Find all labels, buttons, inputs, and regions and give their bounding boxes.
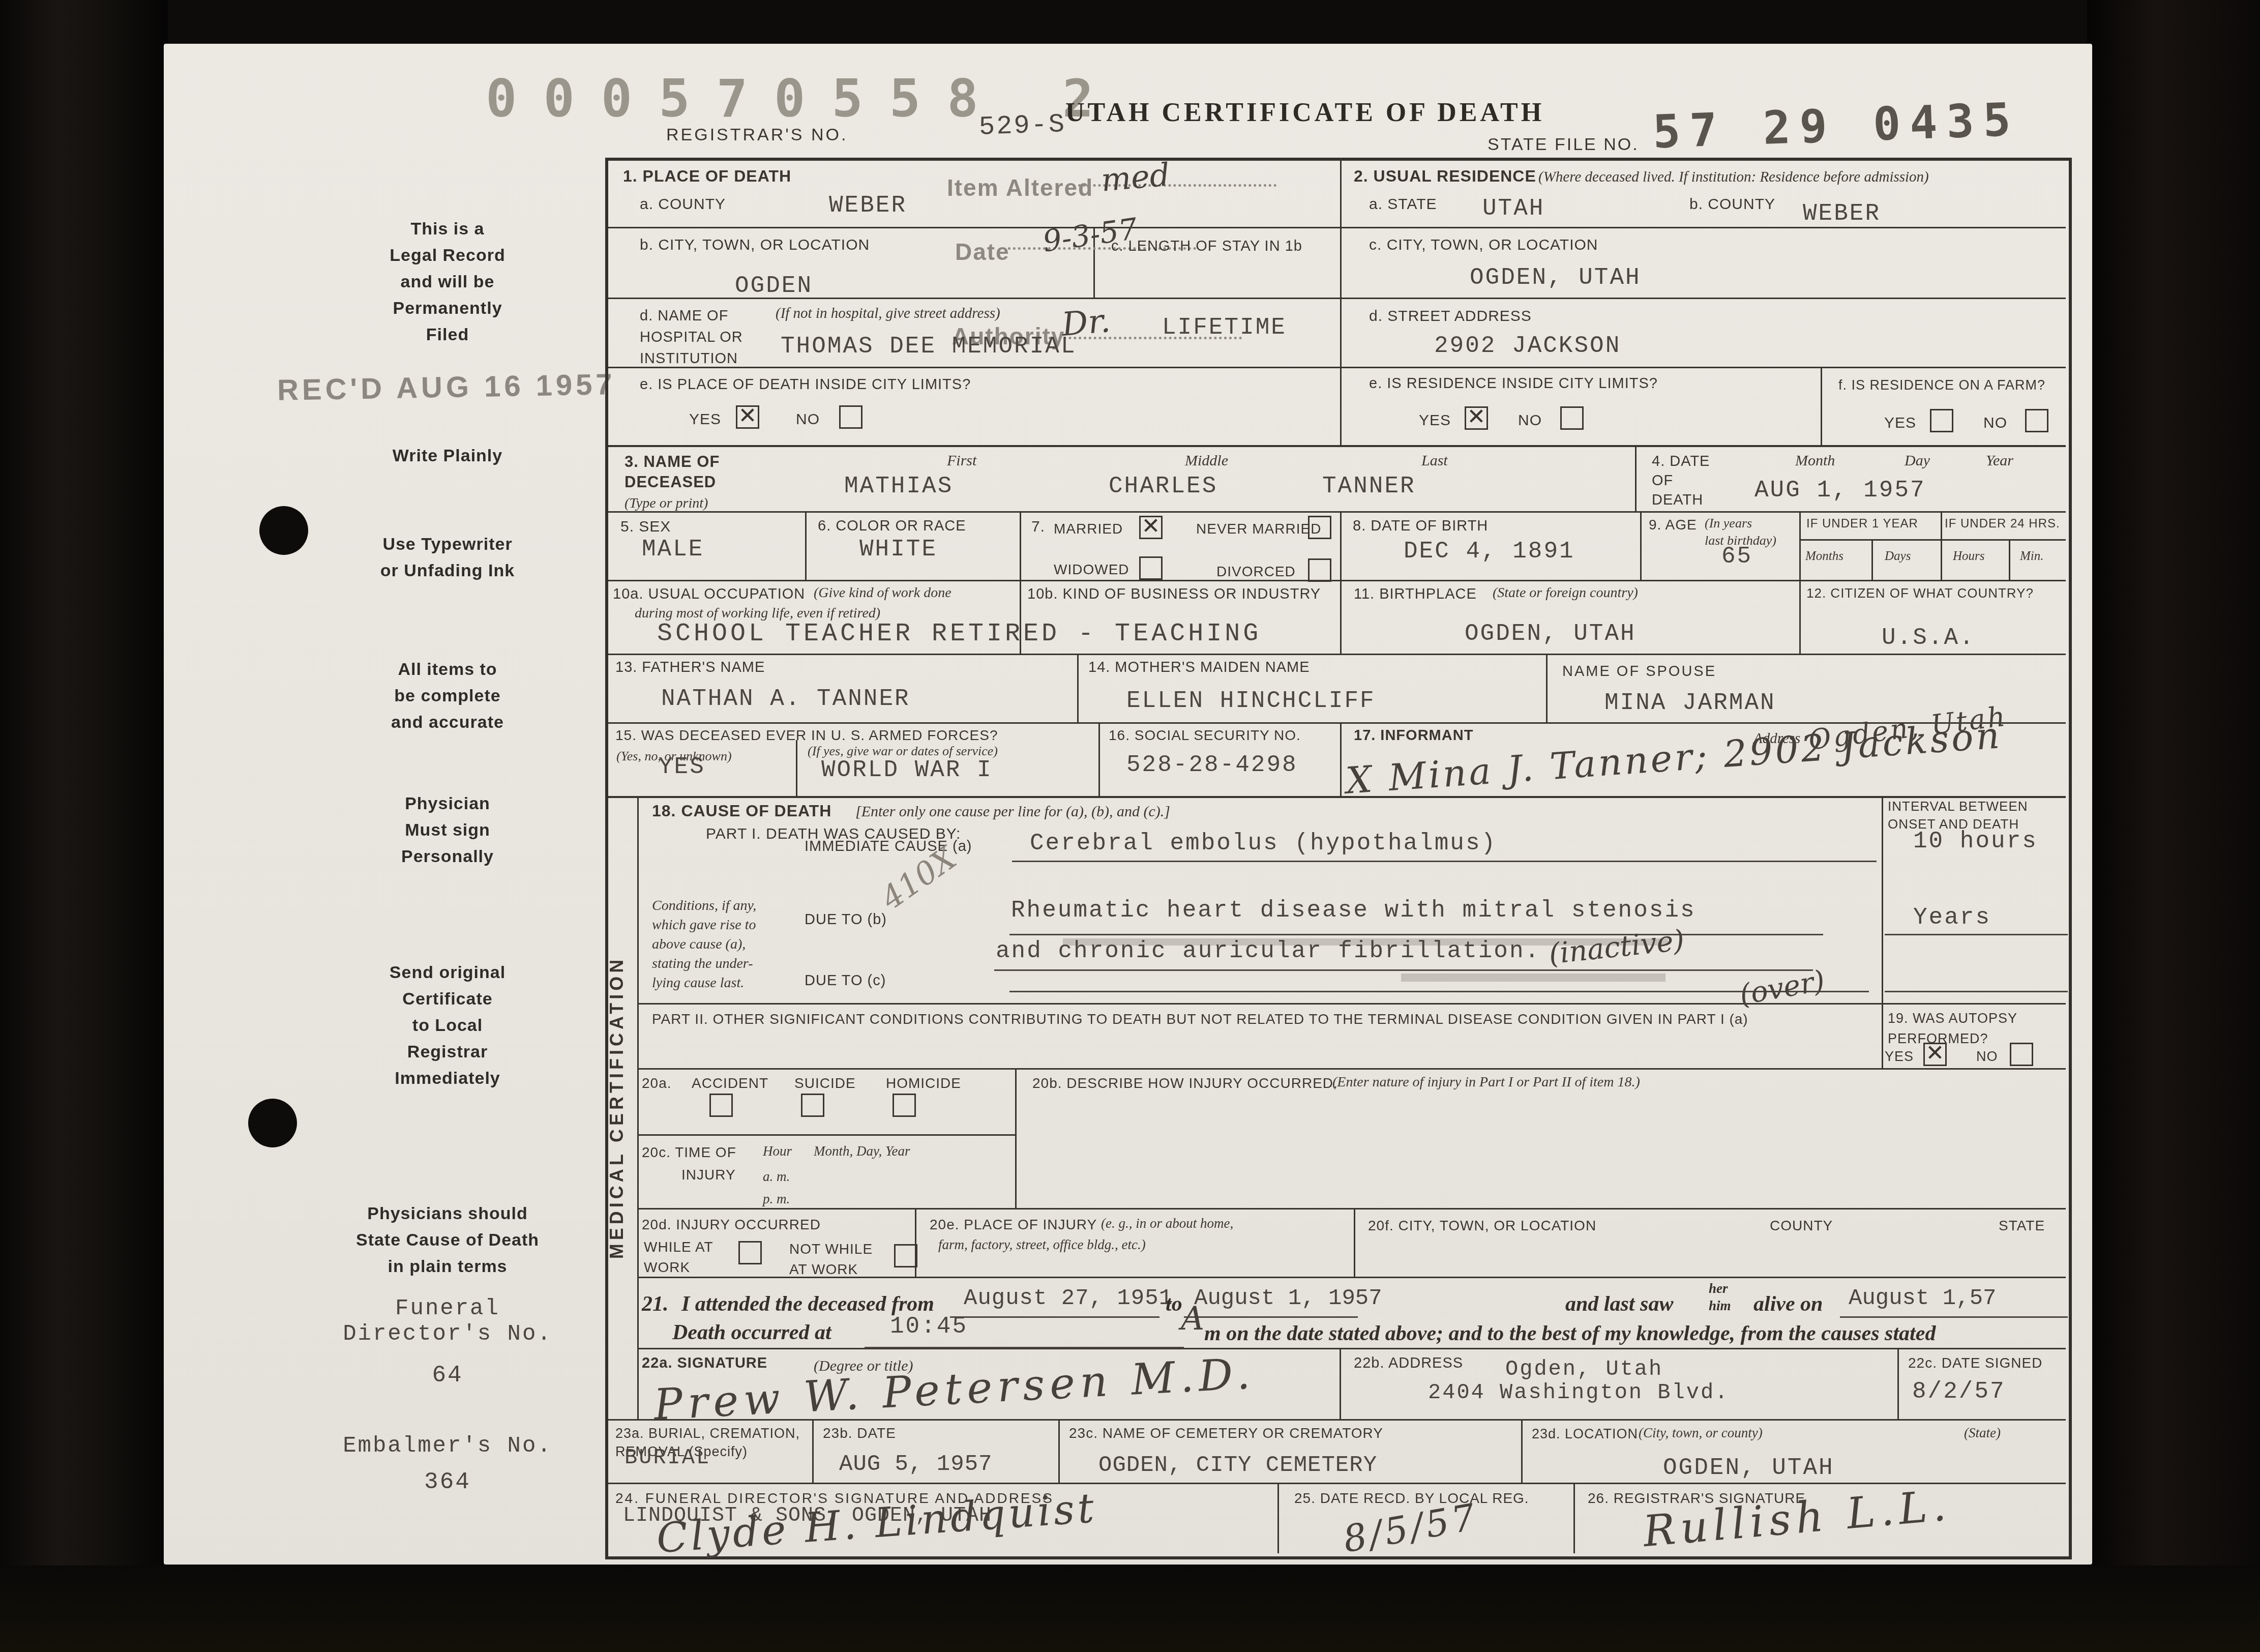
autopsy-no-label: NO — [1976, 1048, 1998, 1066]
grid-line — [637, 1208, 2066, 1209]
mother-maiden-name-label: 14. MOTHER'S MAIDEN NAME — [1088, 658, 1310, 677]
residence-city-limits-yes-checkbox: ✕ — [1465, 406, 1488, 430]
cemetery-value: OGDEN, CITY CEMETERY — [1098, 1453, 1377, 1478]
place-of-death-title: 1. PLACE OF DEATH — [623, 166, 791, 187]
divorced-checkbox — [1308, 558, 1331, 582]
date-of-birth-label: 8. DATE OF BIRTH — [1353, 517, 1488, 536]
grid-line — [1340, 1348, 1341, 1419]
received-date-stamp: REC'D AUG 16 1957 — [277, 367, 616, 407]
days-header: Days — [1885, 548, 1911, 565]
physician-address-label: 22b. ADDRESS — [1354, 1354, 1463, 1373]
place-of-injury-note-1: (e. g., in or about home, — [1101, 1215, 1233, 1232]
age-value: 65 — [1721, 543, 1752, 570]
interval-b-value: Years — [1913, 904, 1991, 931]
residence-city-limits-no-checkbox — [1560, 406, 1584, 430]
ink-smudge — [1401, 973, 1666, 982]
grid-line — [1640, 511, 1642, 580]
divorced-label: DIVORCED — [1216, 563, 1296, 581]
death-city-limits-yes-label: YES — [689, 409, 721, 429]
last-alive-value: August 1,57 — [1849, 1286, 1996, 1311]
checkbox-x-mark: ✕ — [1925, 1044, 1945, 1065]
certificate-title: UTAH CERTIFICATE OF DEATH — [1065, 98, 1544, 128]
hospital-name-value: THOMAS DEE MEMORIAL — [781, 333, 1077, 360]
item-altered-stamp-label: Item Altered — [947, 174, 1093, 201]
day-header: Day — [1905, 451, 1930, 470]
cemetery-location-label: 23d. LOCATION — [1532, 1425, 1638, 1443]
due-to-b-value-line1: Rheumatic heart disease with mitral sten… — [1011, 897, 1696, 924]
never-married-checkbox — [1308, 516, 1331, 539]
spouse-name-label: NAME OF SPOUSE — [1562, 662, 1716, 682]
injury-occurred-label: 20d. INJURY OCCURRED — [642, 1216, 821, 1234]
ssn-label: 16. SOCIAL SECURITY NO. — [1109, 726, 1301, 745]
homicide-label: HOMICIDE — [886, 1074, 961, 1093]
months-header: Months — [1805, 548, 1843, 565]
birthplace-note: (State or foreign country) — [1493, 584, 1638, 602]
injury-county-label: COUNTY — [1770, 1217, 1833, 1235]
residence-city-limits-yes-label: YES — [1419, 410, 1451, 430]
while-at-work-checkbox — [738, 1241, 762, 1264]
grid-line — [608, 445, 2066, 447]
armed-forces-value: YES — [659, 754, 705, 780]
attended-from-value: August 27, 1951 — [964, 1286, 1173, 1311]
usual-residence-note: (Where deceased lived. If institution: R… — [1538, 168, 1929, 187]
physician-address-value-2: 2404 Washington Blvd. — [1428, 1380, 1729, 1405]
entry-underline — [950, 1316, 1159, 1318]
grid-line — [608, 580, 2066, 581]
burial-value: BURIAL — [625, 1445, 710, 1470]
ssn-value: 528-28-4298 — [1126, 752, 1298, 778]
margin-physician-note: Physician Must sign Personally — [305, 790, 590, 870]
grid-line — [1077, 654, 1079, 722]
color-race-label: 6. COLOR OR RACE — [818, 517, 966, 536]
scan-background-right — [2087, 0, 2260, 1652]
grid-line — [637, 796, 639, 1419]
place-of-injury-note-2: farm, factory, street, office bldg., etc… — [938, 1236, 1146, 1254]
margin-typewriter-note: Use Typewriter or Unfading Ink — [305, 531, 590, 584]
entry-underline — [1840, 1316, 2068, 1318]
last-saw-text: and last saw — [1565, 1292, 1673, 1316]
death-time-value: 10:45 — [890, 1313, 968, 1340]
funeral-director-no-label: Funeral Director's No. — [305, 1296, 590, 1347]
suicide-checkbox — [801, 1094, 824, 1117]
conditions-note: Conditions, if any, which gave rise to a… — [652, 896, 756, 993]
entry-underline — [1885, 934, 2068, 935]
residence-state-value: UTAH — [1482, 195, 1544, 222]
grid-line — [796, 740, 797, 796]
embalmer-no-label: Embalmer's No. — [305, 1433, 590, 1459]
grid-line — [1521, 1419, 1523, 1483]
not-while-at-work-checkbox — [894, 1244, 917, 1267]
grid-line — [1098, 722, 1100, 796]
occupation-note-1: (Give kind of work done — [814, 584, 951, 602]
street-address-value: 2902 JACKSON — [1434, 333, 1621, 359]
scan-background-left — [0, 0, 168, 1652]
grid-line — [812, 1419, 814, 1483]
checkbox-x-mark: ✕ — [1141, 517, 1161, 538]
describe-injury-note: (Enter nature of injury in Part I or Par… — [1332, 1073, 1640, 1091]
embalmer-no-value: 364 — [305, 1469, 590, 1495]
time-of-injury-label-2: INJURY — [681, 1166, 736, 1184]
cemetery-label: 23c. NAME OF CEMETERY OR CREMATORY — [1069, 1424, 1383, 1442]
month-day-year-header: Month, Day, Year — [814, 1142, 910, 1160]
autopsy-no-checkbox — [2010, 1043, 2033, 1066]
cause-of-death-title: 18. CAUSE OF DEATH — [652, 801, 831, 822]
death-city-limits-yes-checkbox: ✕ — [736, 405, 759, 429]
hole-punch-bottom — [248, 1099, 297, 1147]
date-received-label: 25. DATE RECD. BY LOCAL REG. — [1294, 1489, 1529, 1508]
grid-line — [608, 1483, 2066, 1484]
residence-state-label: a. STATE — [1369, 194, 1437, 214]
grid-line — [1340, 722, 1342, 796]
grid-line — [1800, 539, 2066, 541]
accident-label: ACCIDENT — [692, 1074, 768, 1093]
alive-on-text: alive on — [1753, 1292, 1823, 1316]
father-name-value: NATHAN A. TANNER — [661, 686, 910, 712]
grid-line — [1546, 654, 1548, 722]
county-label: a. COUNTY — [640, 194, 726, 214]
grid-line — [1635, 445, 1637, 511]
item-altered-handwritten-value: med — [1099, 156, 1171, 199]
margin-complete-note: All items to be complete and accurate — [305, 656, 590, 735]
middle-name-value: CHARLES — [1109, 473, 1217, 499]
death-city-limits-no-checkbox — [839, 405, 863, 429]
city-town-value: OGDEN — [735, 273, 813, 299]
residence-city-value: OGDEN, UTAH — [1470, 264, 1641, 291]
occupation-label: 10a. USUAL OCCUPATION — [613, 585, 805, 604]
state-note: (State) — [1964, 1424, 2001, 1442]
autopsy-yes-label: YES — [1885, 1048, 1914, 1066]
margin-plain-terms-note: Physicians should State Cause of Death i… — [285, 1200, 610, 1280]
last-name-header: Last — [1421, 451, 1448, 470]
death-city-limits-no-label: NO — [796, 409, 820, 429]
length-of-stay-label: c. LENGTH OF STAY IN 1b — [1111, 237, 1302, 256]
cemetery-location-note: (City, town, or county) — [1639, 1424, 1763, 1442]
attended-text-1: I attended the deceased from — [681, 1292, 934, 1316]
marital-status-number: 7. — [1031, 517, 1045, 537]
physician-address-value-1: Ogden, Utah — [1505, 1357, 1663, 1381]
suicide-label: SUICIDE — [794, 1074, 856, 1093]
never-married-label: NEVER MARRIED — [1196, 520, 1321, 538]
injury-city-label: 20f. CITY, TOWN, OR LOCATION — [1368, 1217, 1596, 1235]
grid-line — [608, 511, 2066, 513]
autopsy-label: 19. WAS AUTOPSY PERFORMED? — [1888, 1008, 2017, 1049]
birthplace-value: OGDEN, UTAH — [1465, 621, 1636, 647]
state-file-label: STATE FILE NO. — [1488, 133, 1639, 156]
grid-line — [608, 796, 2066, 798]
grid-line — [637, 1068, 2066, 1070]
date-of-death-value: AUG 1, 1957 — [1755, 477, 1926, 504]
cemetery-location-value: OGDEN, UTAH — [1663, 1455, 1834, 1481]
due-to-c-label: DUE TO (c) — [805, 971, 886, 991]
street-address-label: d. STREET ADDRESS — [1369, 306, 1532, 326]
entry-underline — [1009, 934, 1823, 935]
month-header: Month — [1795, 451, 1835, 470]
grid-line — [608, 367, 2066, 368]
hours-header: Hours — [1953, 548, 1985, 565]
married-label: MARRIED — [1054, 520, 1123, 538]
date-altered-stamp-label: Date — [955, 238, 1010, 265]
due-to-b-label: DUE TO (b) — [805, 910, 887, 930]
age-label: 9. AGE — [1649, 516, 1697, 534]
grid-line — [1897, 1348, 1899, 1419]
father-name-label: 13. FATHER'S NAME — [615, 658, 765, 677]
attended-section-number: 21. — [642, 1292, 669, 1316]
grid-line — [608, 298, 2066, 299]
grid-line — [805, 511, 807, 580]
informant-label: 17. INFORMANT — [1354, 726, 1473, 746]
residence-county-label: b. COUNTY — [1689, 194, 1775, 214]
am-label: a. m. — [763, 1168, 790, 1186]
grid-line — [1015, 1068, 1017, 1208]
date-of-birth-value: DEC 4, 1891 — [1404, 538, 1575, 565]
under-1-year-header: IF UNDER 1 YEAR — [1806, 516, 1918, 532]
homicide-checkbox — [893, 1094, 916, 1117]
registrar-no-value: 529-S — [978, 109, 1066, 142]
checkbox-x-mark: ✕ — [1466, 408, 1486, 428]
grid-line — [1354, 1208, 1355, 1277]
armed-forces-label: 15. WAS DECEASED EVER IN U. S. ARMED FOR… — [615, 726, 998, 745]
scanned-death-certificate: 000570558 2 REGISTRAR'S NO. 529-S UTAH C… — [0, 0, 2260, 1652]
hole-punch-top — [259, 506, 308, 555]
grid-line — [1277, 1483, 1279, 1553]
under-24-hrs-header: IF UNDER 24 HRS. — [1945, 516, 2060, 532]
margin-write-plainly: Write Plainly — [305, 445, 590, 467]
date-of-death-label: 4. DATE OF DEATH — [1652, 452, 1710, 510]
name-of-deceased-title: 3. NAME OF DECEASED — [625, 452, 720, 492]
residence-farm-no-label: NO — [1983, 413, 2007, 433]
hospital-name-label: d. NAME OF HOSPITAL OR INSTITUTION — [640, 305, 743, 369]
married-checkbox: ✕ — [1139, 516, 1163, 539]
part2-label: PART II. OTHER SIGNIFICANT CONDITIONS CO… — [652, 1010, 1862, 1028]
grid-line — [1799, 511, 1801, 654]
time-of-injury-label: 20c. TIME OF — [642, 1143, 736, 1162]
business-industry-label: 10b. KIND OF BUSINESS OR INDUSTRY — [1027, 585, 1321, 604]
grid-line — [637, 1134, 1017, 1136]
year-header: Year — [1986, 451, 2013, 470]
pm-label: p. m. — [763, 1190, 790, 1208]
first-name-value: MATHIAS — [844, 473, 953, 499]
funeral-director-no-value: 64 — [305, 1362, 590, 1389]
citizen-value: U.S.A. — [1882, 625, 1975, 651]
birthplace-label: 11. BIRTHPLACE — [1354, 585, 1477, 604]
grid-line — [1573, 1483, 1575, 1553]
grid-line — [1340, 511, 1342, 654]
middle-name-header: Middle — [1185, 451, 1228, 470]
usual-residence-title: 2. USUAL RESIDENCE — [1354, 166, 1536, 187]
grid-line — [637, 1348, 2066, 1349]
autopsy-yes-checkbox: ✕ — [1923, 1043, 1947, 1066]
attended-to-value: August 1, 1957 — [1194, 1286, 1382, 1311]
grid-line — [1821, 367, 1822, 445]
residence-city-label: c. CITY, TOWN, OR LOCATION — [1369, 235, 1598, 255]
death-occurred-label: Death occurred at — [672, 1320, 831, 1345]
checkbox-x-mark: ✕ — [737, 407, 758, 427]
min-header: Min. — [2020, 548, 2044, 565]
residence-farm-yes-label: YES — [1884, 413, 1916, 433]
residence-farm-label: f. IS RESIDENCE ON A FARM? — [1838, 376, 2045, 394]
residence-city-limits-no-label: NO — [1518, 410, 1542, 430]
residence-farm-yes-checkbox — [1930, 409, 1953, 432]
grid-line — [1941, 511, 1942, 580]
grid-line — [608, 227, 2066, 228]
first-name-header: First — [947, 451, 976, 470]
war-service-value: WORLD WAR I — [821, 757, 993, 783]
entry-underline — [1885, 991, 2068, 992]
attestation-text: m on the date stated above; and to the b… — [1204, 1321, 1936, 1346]
county-value: WEBER — [829, 192, 907, 219]
entry-underline — [994, 969, 1813, 971]
accident-section-number: 20a. — [642, 1074, 672, 1093]
margin-legal-note: This is a Legal Record and will be Perma… — [305, 216, 590, 348]
occupation-industry-value: SCHOOL TEACHER RETIRED - TEACHING — [657, 619, 1261, 648]
immediate-cause-value: Cerebral embolus (hypothalmus) — [1030, 830, 1497, 857]
hospital-name-note: (If not in hospital, give street address… — [776, 304, 1000, 323]
residence-farm-no-checkbox — [2025, 409, 2048, 432]
entry-underline — [1012, 861, 1877, 862]
place-of-injury-label: 20e. PLACE OF INJURY — [930, 1216, 1097, 1234]
mother-maiden-name-value: ELLEN HINCHCLIFF — [1126, 688, 1376, 714]
widowed-checkbox — [1139, 556, 1163, 580]
sex-label: 5. SEX — [620, 517, 671, 537]
attended-to-word: to — [1166, 1292, 1182, 1316]
burial-date-value: AUG 5, 1957 — [839, 1452, 992, 1477]
grid-line — [1340, 158, 1342, 445]
residence-county-value: WEBER — [1803, 200, 1881, 227]
grid-line — [608, 654, 2066, 655]
entry-underline — [1184, 1316, 1358, 1318]
grid-line — [1058, 1419, 1060, 1483]
interval-a-value: 10 hours — [1913, 828, 2038, 854]
spouse-name-value: MINA JARMAN — [1604, 690, 1776, 716]
signature-label: 22a. SIGNATURE — [642, 1354, 767, 1373]
grid-line — [2009, 539, 2010, 580]
burial-date-label: 23b. DATE — [823, 1424, 896, 1442]
margin-send-note: Send original Certificate to Local Regis… — [305, 959, 590, 1091]
grid-line — [637, 1003, 2066, 1005]
sex-value: MALE — [642, 536, 704, 563]
am-handwritten-mark: A — [1181, 1300, 1204, 1338]
scan-background-bottom — [0, 1566, 2260, 1652]
hour-header: Hour — [763, 1142, 792, 1160]
date-signed-value: 8/2/57 — [1912, 1378, 2006, 1405]
city-town-label: b. CITY, TOWN, OR LOCATION — [640, 235, 870, 255]
her-him-text: her him — [1709, 1280, 1731, 1314]
last-name-value: TANNER — [1322, 473, 1416, 499]
residence-city-limits-label: e. IS RESIDENCE INSIDE CITY LIMITS? — [1369, 374, 1658, 394]
entry-underline — [865, 1347, 1184, 1348]
describe-injury-label: 20b. DESCRIBE HOW INJURY OCCURRED. — [1032, 1074, 1338, 1093]
grid-line — [1882, 796, 1883, 1068]
due-to-b-value-line2: and chronic auricular fibrillation. — [996, 938, 1540, 964]
accident-checkbox — [709, 1094, 733, 1117]
medical-certification-vertical-label: MEDICAL CERTIFICATION — [606, 801, 628, 1414]
date-signed-label: 22c. DATE SIGNED — [1908, 1354, 2042, 1372]
grid-line — [1871, 539, 1873, 580]
color-race-value: WHITE — [859, 536, 937, 563]
cause-of-death-note: [Enter only one cause per line for (a), … — [855, 802, 1170, 821]
registrar-no-label: REGISTRAR'S NO. — [666, 124, 848, 146]
death-city-limits-label: e. IS PLACE OF DEATH INSIDE CITY LIMITS? — [640, 375, 971, 395]
while-at-work-label: WHILE AT WORK — [644, 1237, 713, 1278]
type-or-print-note: (Type or print) — [625, 494, 708, 513]
citizen-label: 12. CITIZEN OF WHAT COUNTRY? — [1806, 585, 2034, 602]
injury-state-label: STATE — [1999, 1217, 2045, 1235]
widowed-label: WIDOWED — [1054, 560, 1129, 579]
not-while-at-work-label: NOT WHILE AT WORK — [789, 1239, 873, 1280]
